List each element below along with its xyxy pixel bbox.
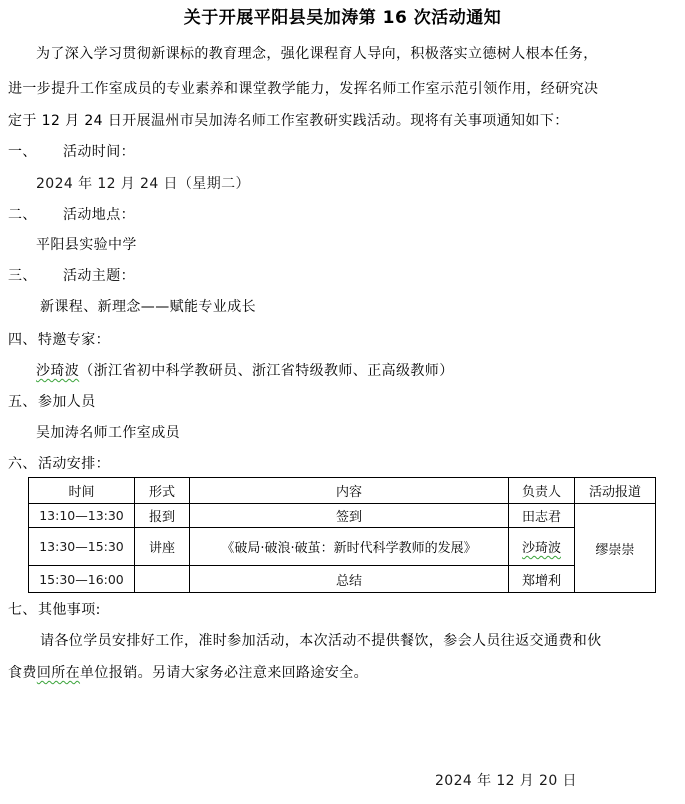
intro-line-1: 为了深入学习贯彻新课标的教育理念，强化课程育人导向，积极落实立德树人根本任务，	[36, 44, 685, 64]
other-line-2-pre: 食费	[8, 665, 37, 681]
table-row: 13:30—15:30 讲座 《破局·破浪·破茧：新时代科学教师的发展》 沙琦波	[29, 528, 656, 566]
signature-date: 2024 年 12 月 20 日	[435, 771, 577, 791]
row-content: 总结	[190, 566, 509, 593]
row-content: 《破局·破浪·破茧：新时代科学教师的发展》	[190, 528, 509, 566]
intro-line-2: 进一步提升工作室成员的专业素养和课堂教学能力，发挥名师工作室示范引领作用，经研究…	[8, 79, 668, 99]
section-3-heading: 活动主题：	[63, 266, 685, 286]
header-report: 活动报道	[575, 478, 656, 504]
section-5-heading: 参加人员	[38, 392, 685, 412]
section-6-heading: 活动安排：	[38, 454, 685, 474]
row-owner: 沙琦波	[509, 528, 575, 566]
section-3-content: 新课程、新理念——赋能专业成长	[40, 297, 685, 317]
section-1-content: 2024 年 12 月 24 日（星期二）	[36, 174, 685, 194]
row-form	[135, 566, 190, 593]
table-header-row: 时间 形式 内容 负责人 活动报道	[29, 478, 656, 504]
row-form: 报到	[135, 504, 190, 528]
header-time: 时间	[29, 478, 135, 504]
row-time: 15:30—16:00	[29, 566, 135, 593]
row-time: 13:30—15:30	[29, 528, 135, 566]
section-1-heading: 活动时间：	[63, 142, 685, 162]
intro-line-3: 定于 12 月 24 日开展温州市吴加涛名师工作室教研实践活动。现将有关事项通知…	[8, 111, 668, 131]
row-owner: 田志君	[509, 504, 575, 528]
other-line-2-marked: 回所在	[37, 665, 80, 681]
row-time: 13:10—13:30	[29, 504, 135, 528]
other-line-2: 食费回所在单位报销。另请大家务必注意来回路途安全。	[8, 663, 668, 683]
row-owner: 郑增利	[509, 566, 575, 593]
row-form: 讲座	[135, 528, 190, 566]
other-line-2-post: 单位报销。另请大家务必注意来回路途安全。	[80, 665, 368, 681]
header-owner: 负责人	[509, 478, 575, 504]
table-row: 15:30—16:00 总结 郑增利	[29, 566, 656, 593]
expert-titles: （浙江省初中科学教研员、浙江省特级教师、正高级教师）	[79, 363, 453, 379]
header-content: 内容	[190, 478, 509, 504]
section-4-content: 沙琦波（浙江省初中科学教研员、浙江省特级教师、正高级教师）	[36, 361, 685, 381]
schedule-table: 时间 形式 内容 负责人 活动报道 13:10—13:30 报到 签到 田志君 …	[28, 477, 656, 593]
reporter-cell: 缪崇崇	[575, 504, 656, 593]
other-line-1: 请各位学员安排好工作，准时参加活动，本次活动不提供餐饮，参会人员往返交通费和伙	[40, 631, 685, 651]
row-content: 签到	[190, 504, 509, 528]
expert-name: 沙琦波	[36, 363, 79, 379]
owner-name: 沙琦波	[522, 541, 561, 556]
table-row: 13:10—13:30 报到 签到 田志君 缪崇崇	[29, 504, 656, 528]
section-4-heading: 特邀专家：	[38, 330, 685, 350]
document-title: 关于开展平阳县吴加涛第 16 次活动通知	[0, 8, 685, 28]
section-2-heading: 活动地点：	[63, 205, 685, 225]
section-2-content: 平阳县实验中学	[36, 235, 685, 255]
header-form: 形式	[135, 478, 190, 504]
section-7-heading: 其他事项:	[38, 600, 685, 620]
section-5-content: 吴加涛名师工作室成员	[36, 423, 685, 443]
